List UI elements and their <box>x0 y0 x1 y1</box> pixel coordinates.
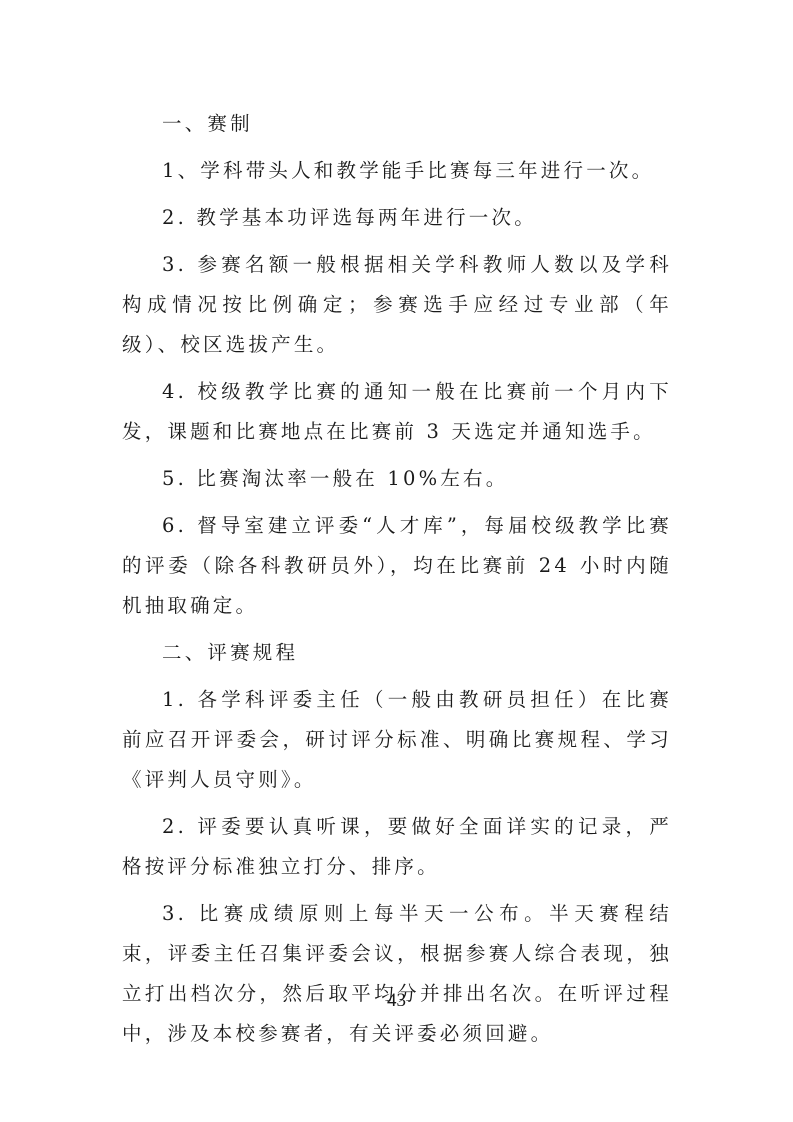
paragraph-1-4: 4. 校级教学比赛的通知一般在比赛前一个月内下发，课题和比赛地点在比赛前 3 天… <box>122 372 672 452</box>
paragraph-2-3: 3. 比赛成绩原则上每半天一公布。半天赛程结束，评委主任召集评委会议，根据参赛人… <box>122 894 672 1054</box>
paragraph-1-2: 2. 教学基本功评选每两年进行一次。 <box>122 198 672 238</box>
paragraph-1-6: 6. 督导室建立评委“人才库”，每届校级教学比赛的评委（除各科教研员外），均在比… <box>122 506 672 626</box>
section-heading-judging-rules: 二、评赛规程 <box>122 633 672 673</box>
document-body: 一、赛制 1、学科带头人和教学能手比赛每三年进行一次。 2. 教学基本功评选每两… <box>122 104 672 1061</box>
section-heading-competition-system: 一、赛制 <box>122 104 672 144</box>
paragraph-1-3: 3. 参赛名额一般根据相关学科教师人数以及学科构成情况按比例确定；参赛选手应经过… <box>122 245 672 365</box>
paragraph-1-5: 5. 比赛淘汰率一般在 10%左右。 <box>122 459 672 499</box>
paragraph-2-1: 1. 各学科评委主任（一般由教研员担任）在比赛前应召开评委会，研讨评分标准、明确… <box>122 680 672 800</box>
paragraph-2-2: 2. 评委要认真听课，要做好全面详实的记录，严格按评分标准独立打分、排序。 <box>122 807 672 887</box>
page-number: 43 <box>0 990 793 1012</box>
paragraph-1-1: 1、学科带头人和教学能手比赛每三年进行一次。 <box>122 151 672 191</box>
